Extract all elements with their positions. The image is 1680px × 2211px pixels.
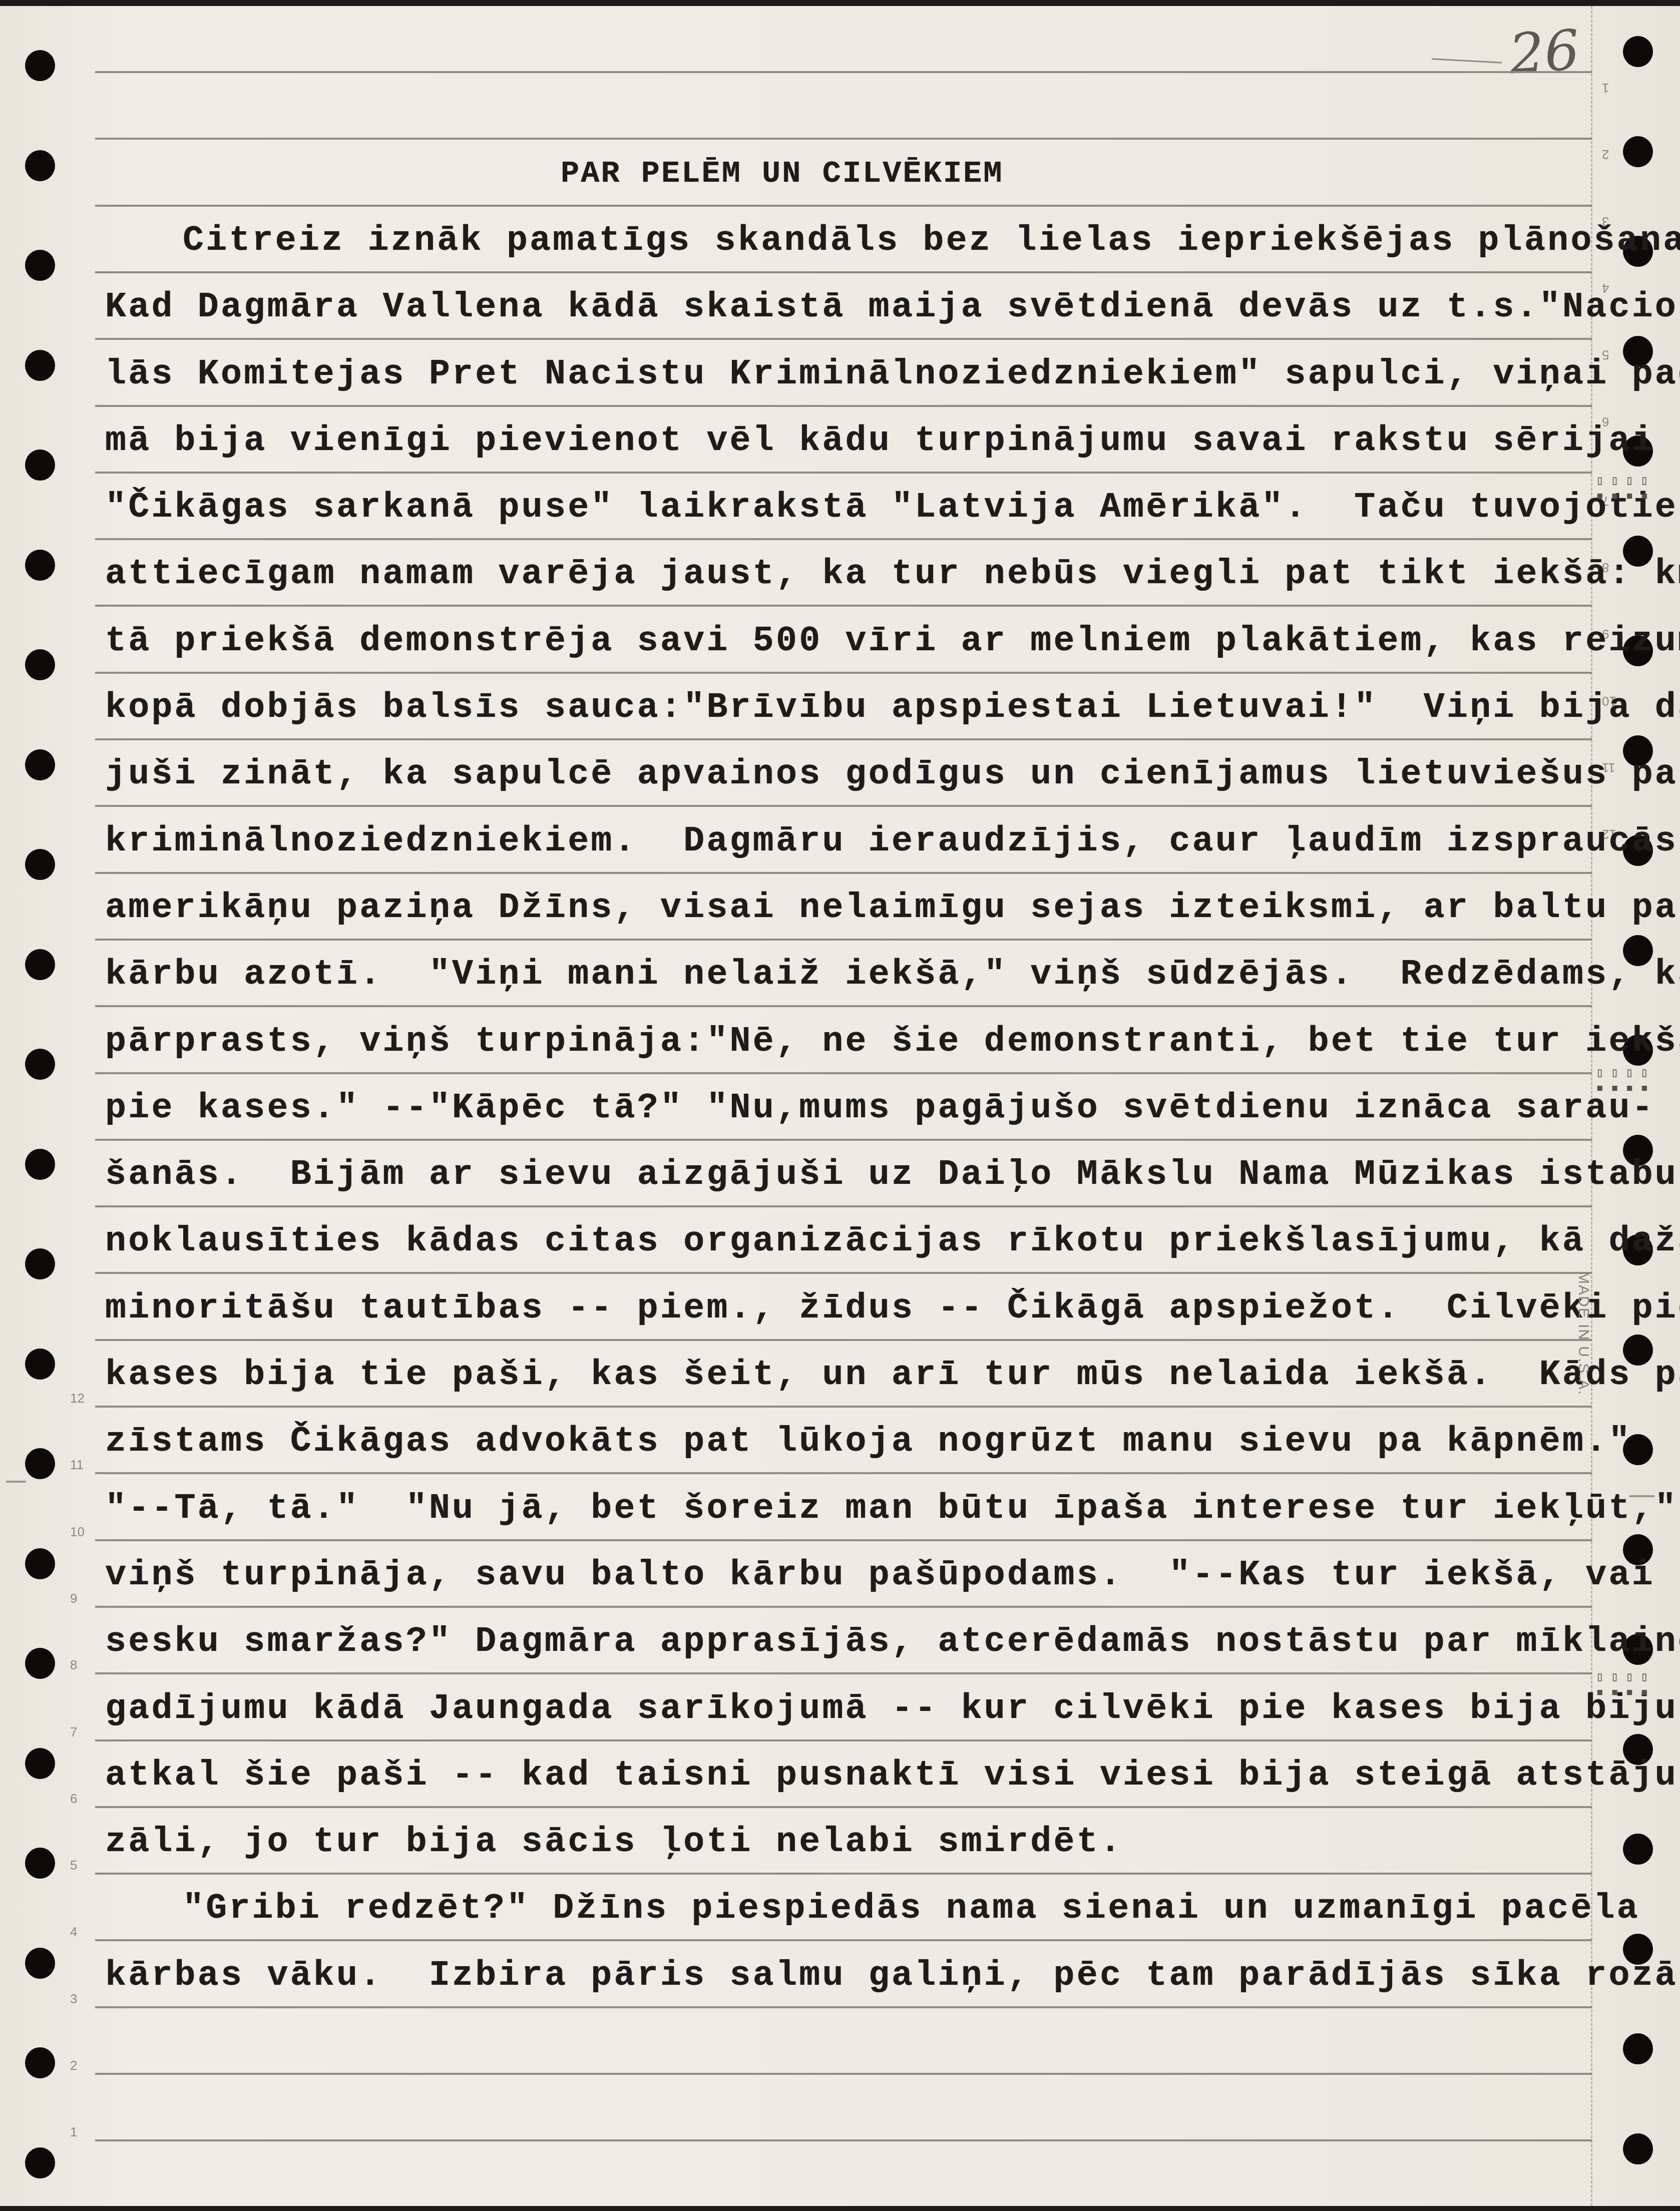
tractor-hole	[25, 1548, 55, 1579]
text-line: mā bija vienīgi pievienot vēl kādu turpi…	[105, 414, 1577, 469]
ruled-line	[95, 271, 1592, 273]
text-line: gadījumu kādā Jaungada sarīkojumā -- kur…	[105, 1682, 1577, 1737]
tractor-hole	[25, 450, 55, 481]
right-margin-number: 1	[1602, 80, 1609, 96]
text-line: attiecīgam namam varēja jaust, ka tur ne…	[105, 547, 1577, 602]
ruled-line	[95, 1939, 1592, 1941]
ruled-line	[95, 1072, 1592, 1074]
ruled-line	[95, 1873, 1592, 1875]
sprocket-marks: ▯▯▯▯▪▪▪▪	[1596, 1065, 1655, 1095]
left-margin-number: 8	[70, 1657, 77, 1673]
text-line: šanās. Bijām ar sievu aizgājuši uz Daiļo…	[105, 1148, 1577, 1203]
tractor-hole	[1623, 1834, 1653, 1865]
ruled-line	[95, 1472, 1592, 1474]
tractor-hole	[25, 1948, 55, 1979]
ruled-line	[95, 205, 1592, 207]
tractor-hole	[25, 1349, 55, 1380]
ruled-line	[95, 338, 1592, 340]
tractor-hole	[25, 350, 55, 381]
ruled-line	[95, 605, 1592, 607]
ruled-line	[95, 939, 1592, 941]
ruled-line	[95, 872, 1592, 874]
sprocket-marks: ▯▯▯▯▪▪▪▪	[1596, 1669, 1655, 1699]
tractor-hole	[1623, 2133, 1653, 2164]
ruled-line	[95, 2073, 1592, 2075]
left-margin-number: 9	[70, 1591, 77, 1606]
text-line: amerikāņu paziņa Džīns, visai nelaimīgu …	[105, 881, 1577, 936]
left-margin-number: 5	[70, 1858, 77, 1873]
tractor-hole	[25, 550, 55, 581]
page-number: 26	[1507, 18, 1582, 86]
top-edge	[0, 0, 1680, 6]
left-margin-number: 4	[70, 1924, 77, 1940]
left-margin-number: 3	[70, 1991, 77, 2007]
tractor-hole	[25, 2047, 55, 2078]
ruled-line	[95, 1339, 1592, 1341]
tractor-hole	[25, 649, 55, 680]
tractor-hole	[25, 50, 55, 81]
ruled-line	[95, 738, 1592, 740]
left-margin-number: 12	[70, 1391, 85, 1406]
tractor-hole	[25, 2147, 55, 2178]
text-line: "--Tā, tā." "Nu jā, bet šoreiz man būtu …	[105, 1482, 1577, 1537]
document-title: PAR PELĒM UN CILVĒKIEM	[561, 146, 1680, 201]
text-line: kopā dobjās balsīs sauca:"Brīvību apspie…	[105, 681, 1577, 736]
tractor-hole	[25, 1848, 55, 1879]
left-margin-number: 6	[70, 1791, 77, 1807]
ruled-line	[95, 1272, 1592, 1274]
tractor-hole	[25, 1648, 55, 1679]
tractor-hole	[25, 749, 55, 780]
tractor-hole	[25, 1248, 55, 1279]
text-line: atkal šie paši -- kad taisni pusnaktī vi…	[105, 1748, 1577, 1804]
text-line: kārbas vāku. Izbira pāris salmu galiņi, …	[105, 1949, 1577, 2004]
text-line: kriminālnoziedzniekiem. Dagmāru ieraudzī…	[105, 814, 1577, 869]
ruled-line	[95, 405, 1592, 407]
tractor-hole	[25, 949, 55, 980]
text-line: "Čikāgas sarkanā puse" laikrakstā "Latvi…	[105, 481, 1577, 536]
text-line: viņš turpināja, savu balto kārbu pašūpod…	[105, 1548, 1577, 1603]
left-margin-number: 7	[70, 1724, 77, 1740]
text-line: lās Komitejas Pret Nacistu Kriminālnozie…	[105, 347, 1577, 402]
margin-dash	[6, 1481, 26, 1483]
text-line: Kad Dagmāra Vallena kādā skaistā maija s…	[105, 280, 1577, 335]
tractor-hole	[25, 1748, 55, 1779]
ruled-line	[95, 1739, 1592, 1741]
text-line: juši zināt, ka sapulcē apvainos godīgus …	[105, 747, 1577, 802]
text-line: "Gribi redzēt?" Džīns piespiedās nama si…	[105, 1882, 1654, 1937]
text-line: minoritāšu tautības -- piem., žīdus -- Č…	[105, 1281, 1577, 1337]
ruled-line	[95, 1139, 1592, 1141]
bottom-edge	[0, 2206, 1680, 2211]
tractor-hole	[25, 250, 55, 281]
ruled-line	[95, 1672, 1592, 1674]
ruled-line	[95, 1606, 1592, 1608]
ruled-line	[95, 71, 1592, 73]
text-line: pārprasts, viņš turpināja:"Nē, ne šie de…	[105, 1015, 1577, 1070]
left-margin-number: 11	[70, 1457, 84, 1473]
left-margin-number: 2	[70, 2058, 77, 2073]
ruled-line	[95, 1406, 1592, 1408]
ruled-line	[95, 2139, 1592, 2141]
text-line: zīstams Čikāgas advokāts pat lūkoja nogr…	[105, 1415, 1577, 1470]
tractor-hole	[25, 1448, 55, 1479]
ruled-line	[95, 538, 1592, 540]
ruled-line	[95, 1005, 1592, 1007]
text-line: pie kases." --"Kāpēc tā?" "Nu,mums pagāj…	[105, 1081, 1577, 1136]
text-line: kases bija tie paši, kas šeit, un arī tu…	[105, 1348, 1577, 1403]
tractor-hole	[25, 1149, 55, 1180]
tractor-hole	[1623, 36, 1653, 67]
ruled-line	[95, 805, 1592, 807]
ruled-line	[95, 1539, 1592, 1541]
imprint-made-in-usa: MADE IN U.S.A.	[1575, 1271, 1592, 1396]
ruled-line	[95, 1205, 1592, 1207]
ruled-line	[95, 138, 1592, 140]
ruled-line	[95, 1806, 1592, 1808]
text-line: noklausīties kādas citas organizācijas r…	[105, 1214, 1577, 1269]
tractor-hole	[25, 849, 55, 880]
sprocket-marks: ▯▯▯▯▪▪▪▪	[1596, 473, 1655, 503]
ruled-line	[95, 2006, 1592, 2008]
text-line: zāli, jo tur bija sācis ļoti nelabi smir…	[105, 1815, 1577, 1870]
text-line: Citreiz iznāk pamatīgs skandāls bez liel…	[105, 214, 1654, 269]
ruled-line	[95, 672, 1592, 674]
left-margin-number: 10	[70, 1524, 85, 1540]
text-line: tā priekšā demonstrēja savi 500 vīri ar …	[105, 614, 1577, 669]
margin-dash	[1629, 1495, 1654, 1497]
left-margin-number: 1	[70, 2124, 77, 2140]
ruled-line	[95, 472, 1592, 474]
text-line: kārbu azotī. "Viņi mani nelaiž iekšā," v…	[105, 948, 1577, 1003]
text-line: sesku smaržas?" Dagmāra apprasījās, atce…	[105, 1615, 1577, 1670]
tractor-hole	[1623, 2033, 1653, 2064]
tractor-hole	[25, 1049, 55, 1080]
tractor-hole	[25, 150, 55, 181]
